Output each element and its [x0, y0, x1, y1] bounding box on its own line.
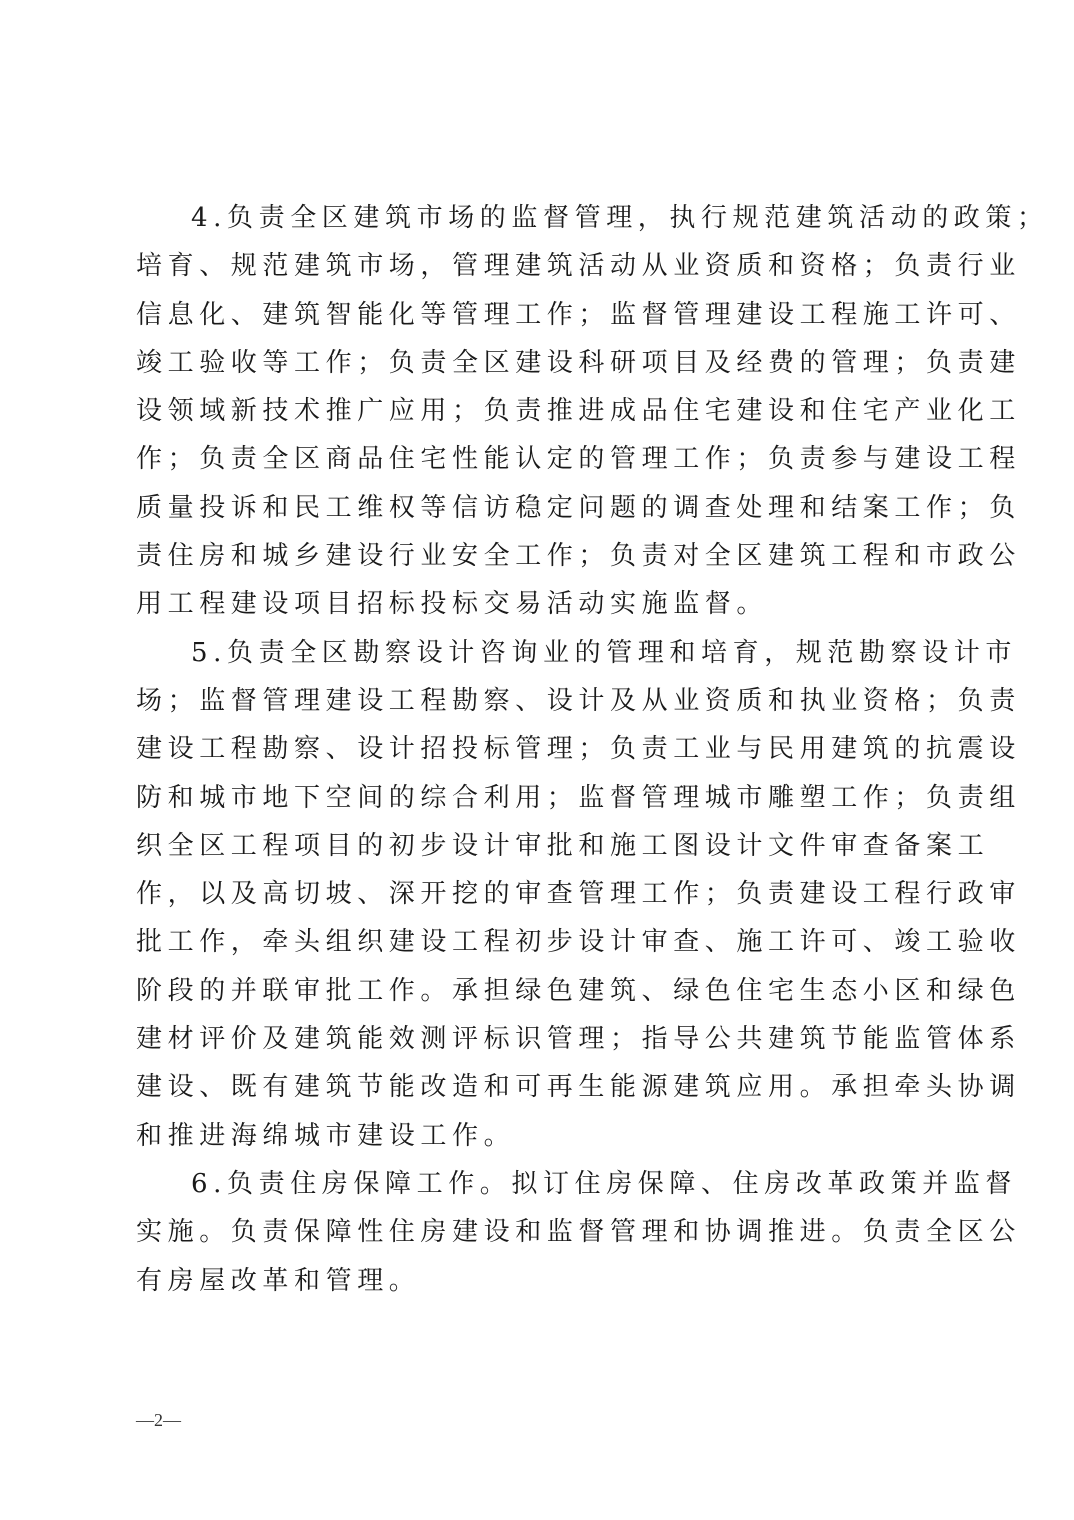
text-line: 4.负责全区建筑市场的监督管理，执行规范建筑活动的政策；: [136, 194, 942, 242]
text-line: 建设工程勘察、设计招投标管理；负责工业与民用建筑的抗震设: [136, 725, 942, 773]
text-line: 5.负责全区勘察设计咨询业的管理和培育，规范勘察设计市: [136, 629, 942, 677]
text-line: 信息化、建筑智能化等管理工作；监督管理建设工程施工许可、: [136, 291, 942, 339]
text-line: 防和城市地下空间的综合利用；监督管理城市雕塑工作；负责组: [136, 774, 942, 822]
text-line: 批工作，牵头组织建设工程初步设计审查、施工许可、竣工验收: [136, 918, 942, 966]
text-line: 建设、既有建筑节能改造和可再生能源建筑应用。承担牵头协调: [136, 1063, 942, 1111]
text-line: 设领域新技术推广应用；负责推进成品住宅建设和住宅产业化工: [136, 387, 942, 435]
text-line: 建材评价及建筑能效测评标识管理；指导公共建筑节能监管体系: [136, 1015, 942, 1063]
document-body: 4.负责全区建筑市场的监督管理，执行规范建筑活动的政策； 培育、规范建筑市场，管…: [136, 194, 942, 1305]
paragraph-4: 4.负责全区建筑市场的监督管理，执行规范建筑活动的政策； 培育、规范建筑市场，管…: [136, 194, 942, 629]
text-line: 用工程建设项目招标投标交易活动实施监督。: [136, 580, 942, 628]
paragraph-5: 5.负责全区勘察设计咨询业的管理和培育，规范勘察设计市 场；监督管理建设工程勘察…: [136, 629, 942, 1160]
text-line: 作；负责全区商品住宅性能认定的管理工作；负责参与建设工程: [136, 435, 942, 483]
text-line: 阶段的并联审批工作。承担绿色建筑、绿色住宅生态小区和绿色: [136, 967, 942, 1015]
text-line: 织全区工程项目的初步设计审批和施工图设计文件审查备案工: [136, 822, 942, 870]
text-line: 竣工验收等工作；负责全区建设科研项目及经费的管理；负责建: [136, 339, 942, 387]
text-line: 质量投诉和民工维权等信访稳定问题的调查处理和结案工作；负: [136, 484, 942, 532]
text-line: 和推进海绵城市建设工作。: [136, 1112, 942, 1160]
text-line: 责住房和城乡建设行业安全工作；负责对全区建筑工程和市政公: [136, 532, 942, 580]
text-line: 有房屋改革和管理。: [136, 1257, 942, 1305]
text-line: 实施。负责保障性住房建设和监督管理和协调推进。负责全区公: [136, 1208, 942, 1256]
paragraph-6: 6.负责住房保障工作。拟订住房保障、住房改革政策并监督 实施。负责保障性住房建设…: [136, 1160, 942, 1305]
text-line: 作，以及高切坡、深开挖的审查管理工作；负责建设工程行政审: [136, 870, 942, 918]
text-line: 场；监督管理建设工程勘察、设计及从业资质和执业资格；负责: [136, 677, 942, 725]
page-number: —2—: [136, 1410, 181, 1431]
text-line: 6.负责住房保障工作。拟订住房保障、住房改革政策并监督: [136, 1160, 942, 1208]
text-line: 培育、规范建筑市场，管理建筑活动从业资质和资格；负责行业: [136, 242, 942, 290]
